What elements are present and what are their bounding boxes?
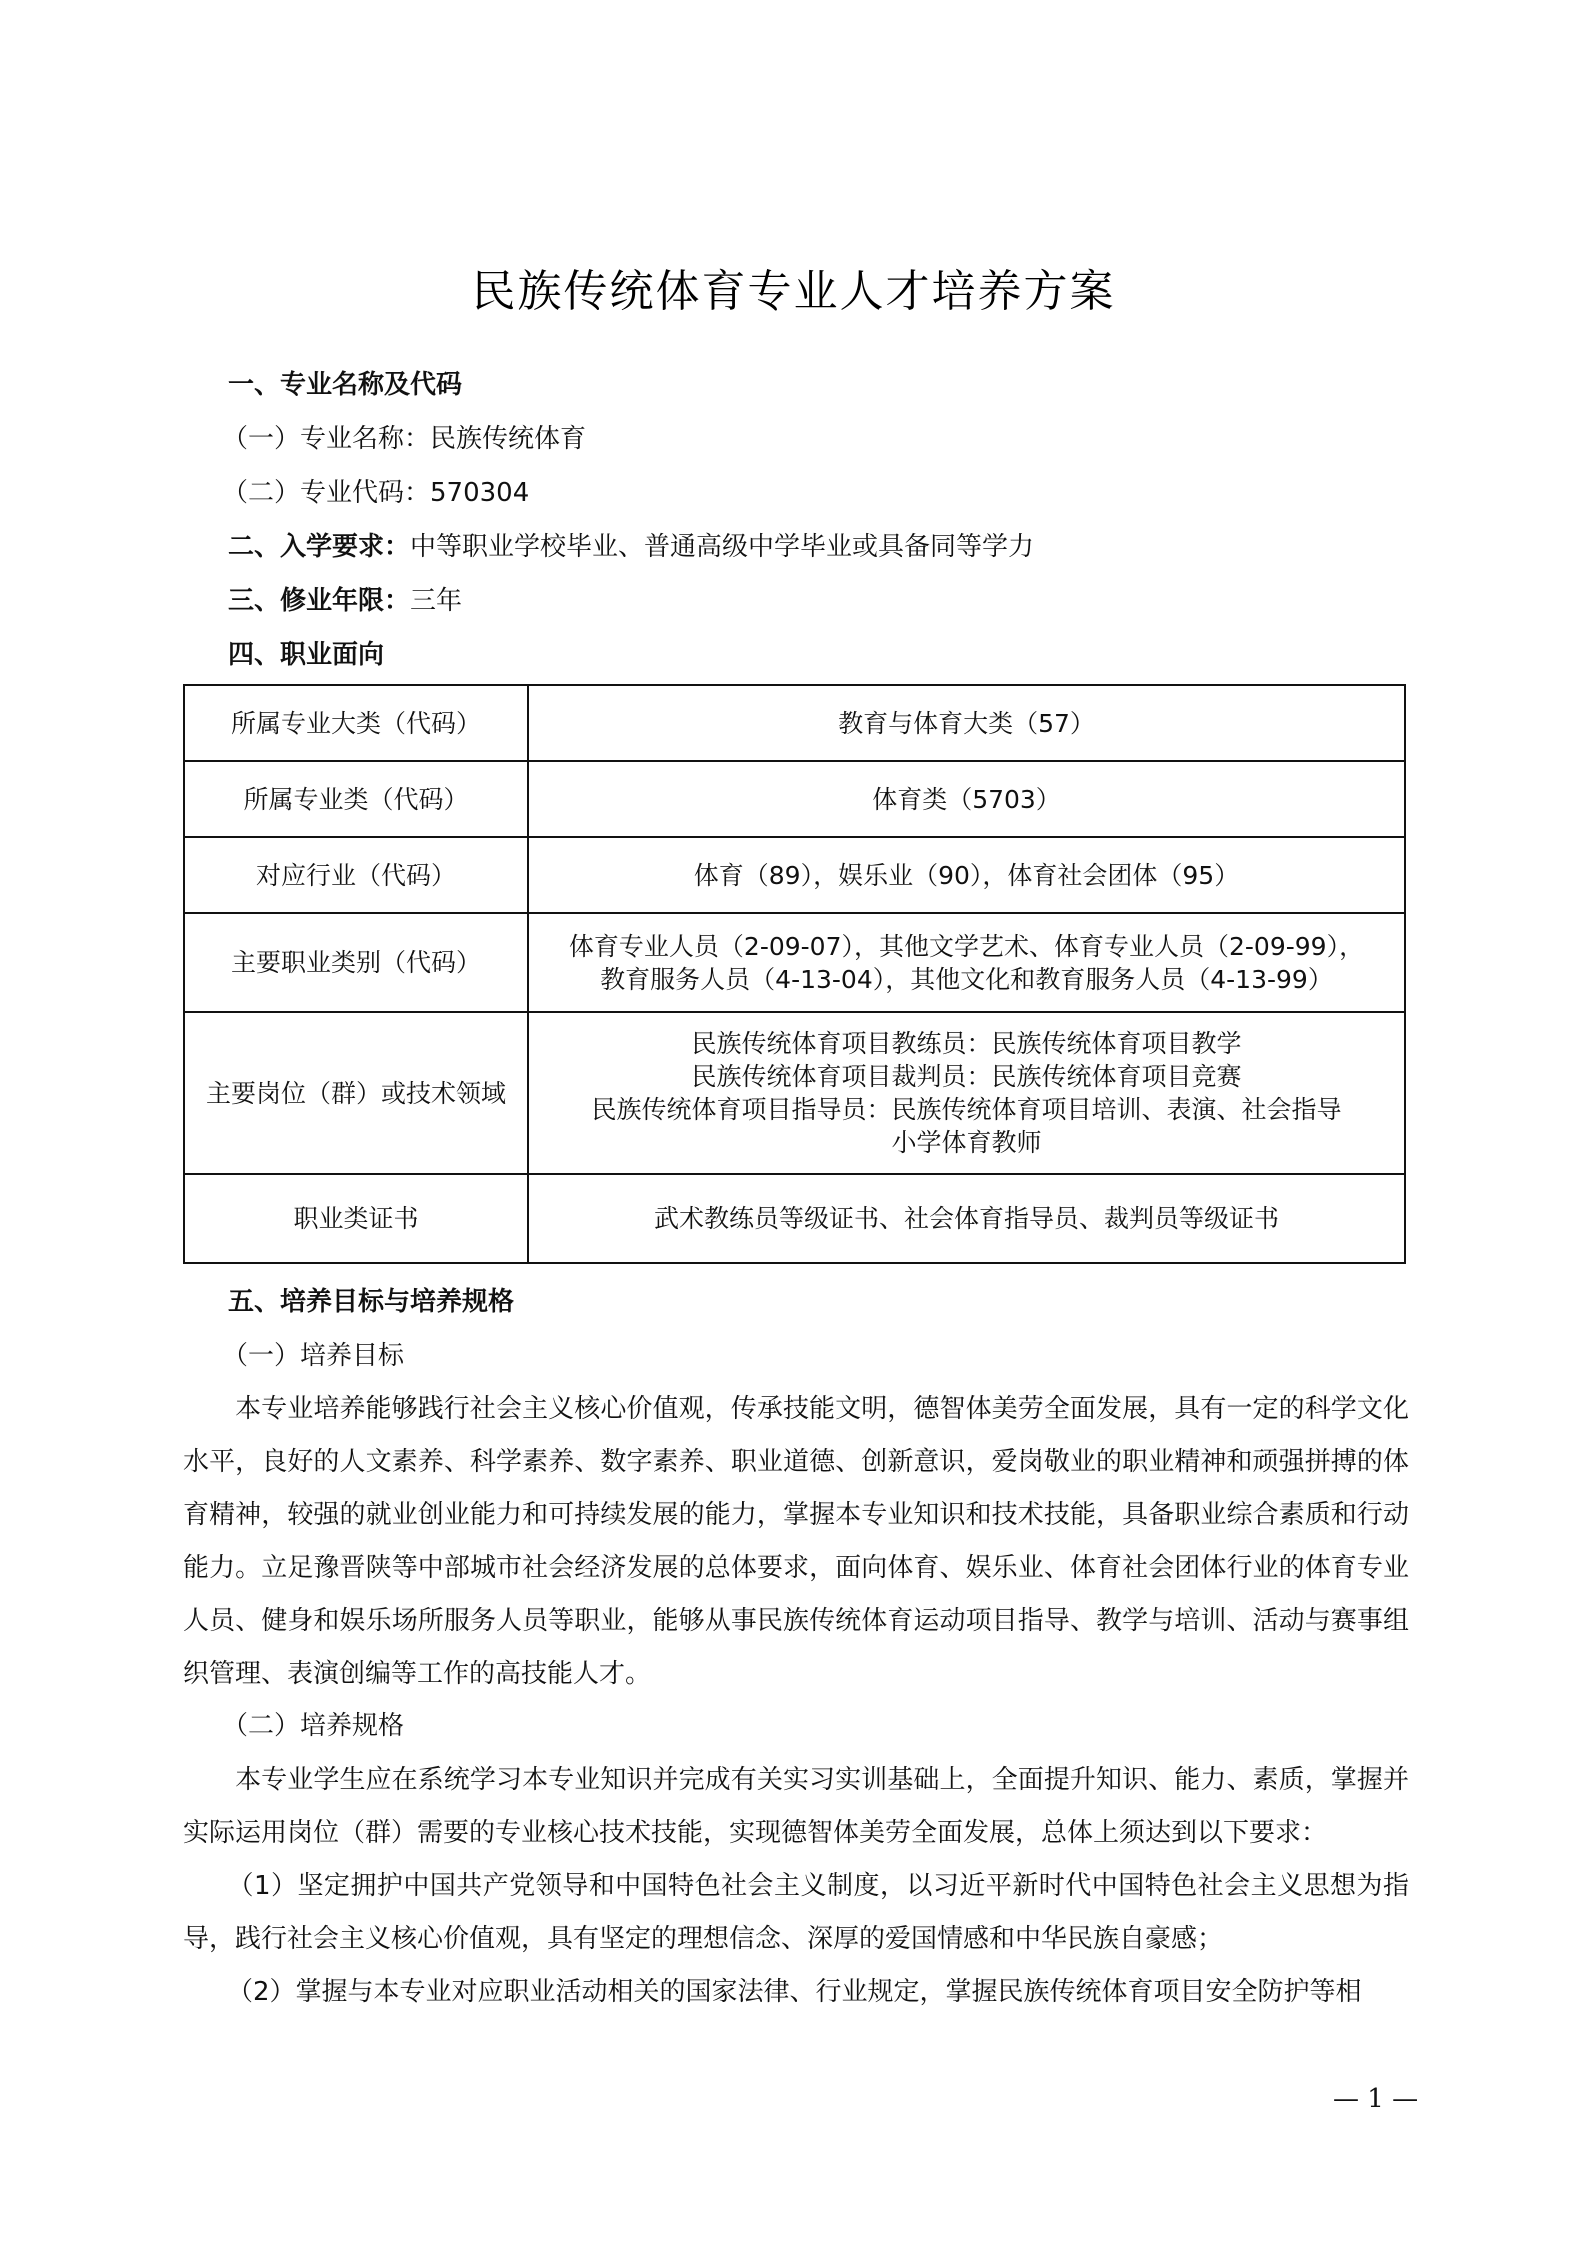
table-row: 所属专业大类（代码） 教育与体育大类（57） xyxy=(184,685,1405,761)
paragraph-text: 本专业学生应在系统学习本专业知识并完成有关实习实训基础上，全面提升知识、能力、素… xyxy=(183,1765,1409,1848)
paragraph-text: 本专业培养能够践行社会主义核心价值观，传承技能文明，德智体美劳全面发展，具有一定… xyxy=(183,1394,1409,1689)
table-key-cell: 主要岗位（群）或技术领域 xyxy=(184,1012,528,1174)
cell-line: 民族传统体育项目教练员：民族传统体育项目教学 xyxy=(529,1027,1404,1060)
paragraph-text: （2）掌握与本专业对应职业活动相关的国家法律、行业规定，掌握民族传统体育项目安全… xyxy=(227,1977,1362,2007)
table-value-cell: 体育类（5703） xyxy=(528,761,1405,837)
requirement-2: （2）掌握与本专业对应职业活动相关的国家法律、行业规定，掌握民族传统体育项目安全… xyxy=(183,1966,1409,2019)
specs-subheading: （二）培养规格 xyxy=(222,1708,404,1744)
cell-line: 教育服务人员（4-13-04），其他文化和教育服务人员（4-13-99） xyxy=(529,963,1404,996)
specs-paragraph: 本专业学生应在系统学习本专业知识并完成有关实习实训基础上，全面提升知识、能力、素… xyxy=(183,1754,1409,1860)
duration-label: 三、修业年限： xyxy=(228,586,410,616)
cell-line: 体育（89），娱乐业（90），体育社会团体（95） xyxy=(529,859,1404,892)
section-4-heading: 四、职业面向 xyxy=(228,637,384,673)
table-row: 对应行业（代码） 体育（89），娱乐业（90），体育社会团体（95） xyxy=(184,837,1405,913)
paragraph-text: （1）坚定拥护中国共产党领导和中国特色社会主义制度，以习近平新时代中国特色社会主… xyxy=(183,1871,1409,1954)
section-5-heading: 五、培养目标与培养规格 xyxy=(228,1284,514,1320)
table-value-cell: 民族传统体育项目教练员：民族传统体育项目教学 民族传统体育项目裁判员：民族传统体… xyxy=(528,1012,1405,1174)
cell-line: 武术教练员等级证书、社会体育指导员、裁判员等级证书 xyxy=(529,1202,1404,1235)
page-number: — 1 — xyxy=(1333,2084,1418,2114)
admission-requirement: 二、入学要求：中等职业学校毕业、普通高级中学毕业或具备同等学力 xyxy=(228,529,1034,565)
major-code: （二）专业代码：570304 xyxy=(222,475,529,511)
table-row: 主要岗位（群）或技术领域 民族传统体育项目教练员：民族传统体育项目教学 民族传统… xyxy=(184,1012,1405,1174)
table-row: 所属专业类（代码） 体育类（5703） xyxy=(184,761,1405,837)
cell-line: 小学体育教师 xyxy=(529,1126,1404,1159)
cell-line: 民族传统体育项目指导员：民族传统体育项目培训、表演、社会指导 xyxy=(529,1093,1404,1126)
study-duration: 三、修业年限：三年 xyxy=(228,583,462,619)
cell-line: 体育类（5703） xyxy=(529,783,1404,816)
page-title: 民族传统体育专业人才培养方案 xyxy=(0,262,1587,322)
table-row: 主要职业类别（代码） 体育专业人员（2-09-07），其他文学艺术、体育专业人员… xyxy=(184,913,1405,1012)
table-row: 职业类证书 武术教练员等级证书、社会体育指导员、裁判员等级证书 xyxy=(184,1174,1405,1263)
table-key-cell: 职业类证书 xyxy=(184,1174,528,1263)
cell-line: 体育专业人员（2-09-07），其他文学艺术、体育专业人员（2-09-99）， xyxy=(529,930,1404,963)
requirement-1: （1）坚定拥护中国共产党领导和中国特色社会主义制度，以习近平新时代中国特色社会主… xyxy=(183,1860,1409,1966)
goals-subheading: （一）培养目标 xyxy=(222,1338,404,1374)
career-orientation-table: 所属专业大类（代码） 教育与体育大类（57） 所属专业类（代码） 体育类（570… xyxy=(183,684,1406,1264)
admission-value: 中等职业学校毕业、普通高级中学毕业或具备同等学力 xyxy=(410,532,1034,562)
table-key-cell: 主要职业类别（代码） xyxy=(184,913,528,1012)
table-value-cell: 体育（89），娱乐业（90），体育社会团体（95） xyxy=(528,837,1405,913)
cell-line: 教育与体育大类（57） xyxy=(529,707,1404,740)
table-value-cell: 教育与体育大类（57） xyxy=(528,685,1405,761)
table-key-cell: 所属专业大类（代码） xyxy=(184,685,528,761)
goals-paragraph: 本专业培养能够践行社会主义核心价值观，传承技能文明，德智体美劳全面发展，具有一定… xyxy=(183,1383,1409,1701)
table-key-cell: 所属专业类（代码） xyxy=(184,761,528,837)
section-1-heading: 一、专业名称及代码 xyxy=(228,367,462,403)
table-key-cell: 对应行业（代码） xyxy=(184,837,528,913)
major-name: （一）专业名称：民族传统体育 xyxy=(222,421,586,457)
table-value-cell: 武术教练员等级证书、社会体育指导员、裁判员等级证书 xyxy=(528,1174,1405,1263)
duration-value: 三年 xyxy=(410,586,462,616)
admission-label: 二、入学要求： xyxy=(228,532,410,562)
cell-line: 民族传统体育项目裁判员：民族传统体育项目竞赛 xyxy=(529,1060,1404,1093)
table-value-cell: 体育专业人员（2-09-07），其他文学艺术、体育专业人员（2-09-99）， … xyxy=(528,913,1405,1012)
